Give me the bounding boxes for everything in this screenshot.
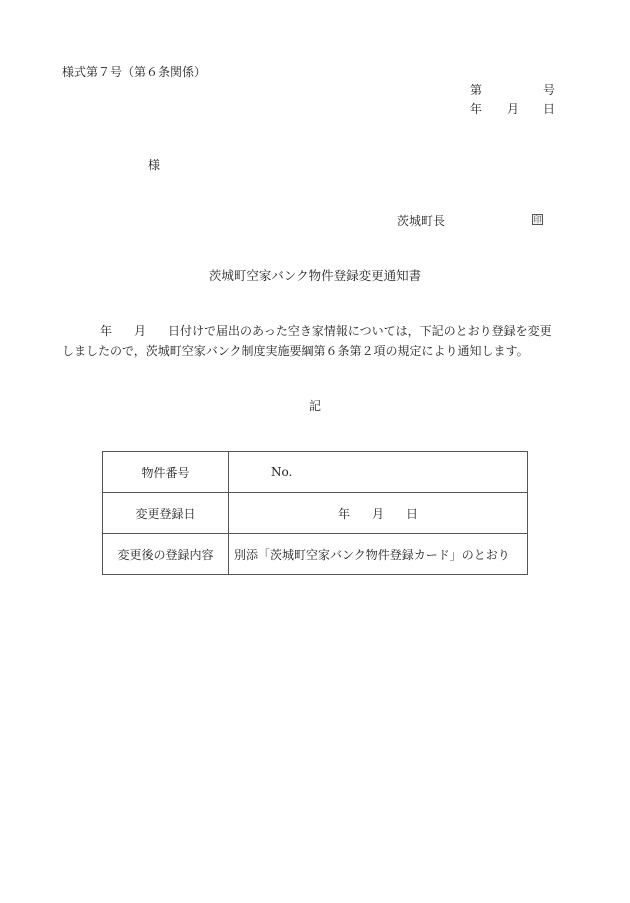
change-date-month: 月	[372, 507, 384, 521]
row-label-property-number: 物件番号	[103, 452, 229, 493]
doc-number-prefix: 第	[470, 82, 482, 98]
row-value-change-date: 年月日	[229, 493, 528, 534]
table-row: 変更登録日 年月日	[103, 493, 528, 534]
date-month: 月	[507, 101, 519, 117]
table-row: 物件番号 No.	[103, 452, 528, 493]
row-value-property-number: No.	[229, 452, 528, 493]
body-paragraph-line-1: 年月日付けで届出のあった空き家情報については，下記のとおり登録を変更	[100, 323, 552, 339]
table-row: 変更後の登録内容 別添「茨城町空家バンク物件登録カード」のとおり	[103, 534, 528, 575]
body-year: 年	[100, 324, 112, 338]
change-date-day: 日	[406, 507, 418, 521]
body-text-1: 日付けで届出のあった空き家情報については，下記のとおり登録を変更	[168, 324, 552, 338]
row-label-change-date: 変更登録日	[103, 493, 229, 534]
document-title: 茨城町空家バンク物件登録変更通知書	[0, 268, 630, 284]
info-table: 物件番号 No. 変更登録日 年月日 変更後の登録内容 別添「茨城町空家バンク物…	[102, 451, 528, 575]
ki-heading: 記	[0, 398, 630, 414]
seal-icon: 印	[532, 214, 543, 225]
doc-number-suffix: 号	[543, 82, 555, 98]
row-value-registration-content: 別添「茨城町空家バンク物件登録カード」のとおり	[229, 534, 528, 575]
form-number: 様式第７号（第６条関係）	[62, 64, 206, 80]
issuer-name: 茨城町長	[397, 213, 445, 229]
date-day: 日	[543, 101, 555, 117]
change-date-year: 年	[338, 507, 350, 521]
date-year: 年	[470, 101, 482, 117]
body-paragraph-line-2: しましたので，茨城町空家バンク制度実施要綱第６条第２項の規定により通知します。	[62, 343, 529, 359]
addressee-honorific: 様	[148, 157, 160, 173]
row-label-registration-content: 変更後の登録内容	[103, 534, 229, 575]
body-month: 月	[134, 324, 146, 338]
